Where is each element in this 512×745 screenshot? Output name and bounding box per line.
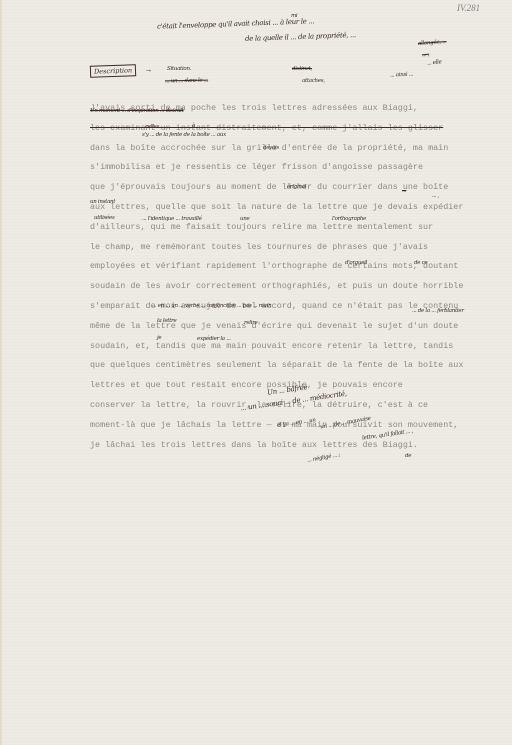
handwritten-correction: l'orthographe (332, 216, 366, 222)
handwritten-correction: d'orgueil (345, 260, 367, 266)
manuscript-page: IV.281 mi c'était l'enveloppe qu'il avai… (0, 0, 512, 745)
handwritten-note: ... , (422, 52, 430, 59)
typed-line: s'immobilisa et je ressentis ce léger fr… (90, 158, 510, 178)
handwritten-correction: s'y ... de la fente de la boîte ... aux (142, 132, 226, 138)
typed-line: soudain de les avoir correctement orthog… (90, 277, 510, 297)
handwritten-insert: distinct, (292, 66, 312, 72)
handwritten-correction: Un moment ... d'inspiration ... distrait (90, 108, 184, 114)
handwritten-note: allongée, ... (418, 39, 447, 47)
typed-line: aux lettres, quelle que soit la nature d… (90, 198, 510, 218)
handwritten-note: de la quelle il ... de la propriété, ... (245, 31, 356, 43)
handwritten-correction: de ce (414, 260, 427, 266)
typed-line: même de la lettre que je venais d'écrire… (90, 317, 510, 337)
handwritten-correction: la lettre (157, 318, 176, 324)
handwritten-note: ... ainsi ... (390, 71, 414, 78)
handwritten-correction: celles (145, 124, 159, 130)
handwritten-correction: ... l'identique ... travaillé (142, 216, 202, 222)
handwritten-correction: devais (263, 145, 279, 151)
handwritten-note: ... elle (427, 59, 442, 66)
typed-line: employées et vérifiant rapidement l'orth… (90, 257, 510, 277)
handwritten-correction: je (157, 335, 161, 341)
handwritten-note: ... un ... dans le ... (165, 78, 208, 85)
handwritten-correction: original (287, 184, 306, 190)
handwritten-correction: une (240, 216, 249, 222)
handwritten-correction: un instant (90, 199, 115, 205)
arrow-icon: → (146, 66, 151, 75)
handwritten-note: Situation. (167, 66, 191, 72)
handwritten-correction: ... , (432, 193, 439, 199)
handwritten-correction: utilisées (94, 215, 115, 221)
page-number: IV.281 (457, 3, 480, 13)
handwritten-note: attaches, (302, 78, 325, 84)
typed-line: je lâchai les trois lettres dans la boît… (90, 436, 510, 456)
typed-line: le champ, me remémorant toutes les tourn… (90, 238, 510, 258)
handwritten-note: de (405, 453, 411, 459)
handwritten-note: c'était l'enveloppe qu'il avait choisi .… (157, 17, 315, 30)
handwritten-correction: ... de la ... ferblantier (412, 308, 464, 314)
handwritten-correction: à (192, 123, 195, 129)
typed-line: soudain, et, tandis que ma main pouvait … (90, 337, 510, 357)
handwritten-correction: relire (244, 320, 258, 326)
handwritten-correction: ... (402, 188, 406, 194)
handwritten-correction: expédier la ... (197, 336, 231, 342)
typed-line: dans la boîte accrochée sur la grille d'… (90, 139, 510, 159)
typed-line: que quelques centimètres seulement la sé… (90, 356, 510, 376)
handwritten-correction: ... en ... un ... verbe ... conjonction … (152, 303, 271, 309)
description-box-label: Description (90, 64, 137, 78)
